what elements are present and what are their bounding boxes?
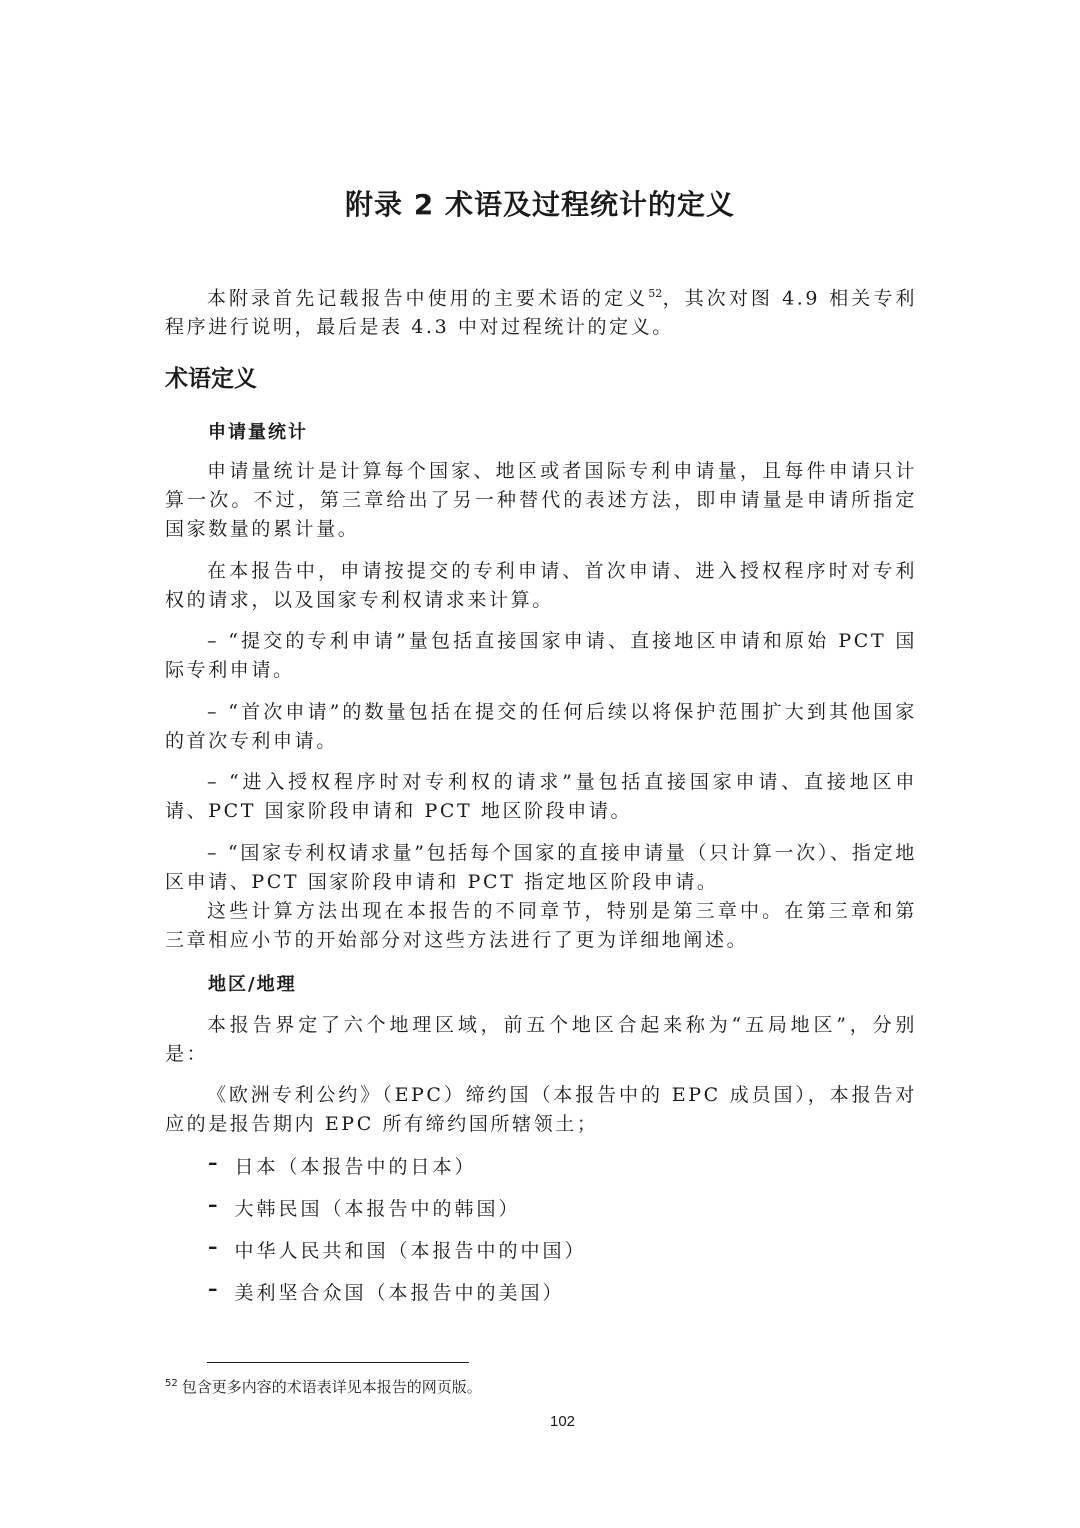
footnote: 52包含更多内容的术语表详见本报告的网页版。 [165, 1376, 482, 1397]
region-list-item-korea: – 大韩民国（本报告中的韩国） [208, 1194, 521, 1221]
region-list-item-usa: – 美利坚合众国（本报告中的美国） [208, 1278, 565, 1305]
region-list-text: 美利坚合众国（本报告中的美国） [235, 1278, 565, 1305]
subsection-heading-region: 地区/地理 [208, 970, 297, 996]
bullet-first-filings: – “首次申请”的数量包括在提交的任何后续以将保护范围扩大到其他国家的首次专利申… [165, 698, 917, 756]
bullet-filed-applications: – “提交的专利申请”量包括直接国家申请、直接地区申请和原始 PCT 国际专利申… [165, 627, 917, 685]
dash-marker: – [208, 1194, 221, 1221]
intro-paragraph: 本附录首先记载报告中使用的主要术语的定义52，其次对图 4.9 相关专利程序进行… [165, 279, 917, 342]
bullet-grant-procedure-requests: – “进入授权程序时对专利权的请求”量包括直接国家申请、直接地区申请、PCT 国… [165, 768, 917, 826]
dash-marker: – [208, 1278, 221, 1305]
region-list-text: 日本（本报告中的日本） [235, 1152, 477, 1179]
region-list-text: 大韩民国（本报告中的韩国） [235, 1194, 521, 1221]
footnote-number: 52 [165, 1378, 178, 1389]
application-stats-paragraph-2: 在本报告中，申请按提交的专利申请、首次申请、进入授权程序时对专利权的请求，以及国… [165, 557, 917, 615]
footnote-reference[interactable]: 52 [648, 287, 662, 300]
region-list-item-china: – 中华人民共和国（本报告中的中国） [208, 1236, 587, 1263]
document-page: 附录 2 术语及过程统计的定义 本附录首先记载报告中使用的主要术语的定义52，其… [0, 0, 1080, 1528]
section-heading-terms: 术语定义 [165, 360, 257, 393]
page-title: 附录 2 术语及过程统计的定义 [0, 183, 1080, 223]
subsection-heading-application-stats: 申请量统计 [208, 418, 308, 444]
region-paragraph-1: 本报告界定了六个地理区域，前五个地区合起来称为“五局地区”，分别是： [165, 1011, 917, 1069]
intro-text: 本附录首先记载报告中使用的主要术语的定义 [207, 287, 648, 309]
footnote-text: 包含更多内容的术语表详见本报告的网页版。 [182, 1378, 482, 1396]
application-stats-paragraph-1: 申请量统计是计算每个国家、地区或者国际专利申请量，且每件申请只计算一次。不过，第… [165, 457, 917, 544]
application-stats-paragraph-3: 这些计算方法出现在本报告的不同章节，特别是第三章中。在第三章和第三章相应小节的开… [165, 897, 917, 955]
region-list-text: 中华人民共和国（本报告中的中国） [235, 1236, 587, 1263]
bullet-national-requests: – “国家专利权请求量”包括每个国家的直接申请量（只计算一次）、指定地区申请、P… [165, 839, 917, 897]
region-paragraph-epc: 《欧洲专利公约》（EPC）缔约国（本报告中的 EPC 成员国），本报告对应的是报… [165, 1081, 917, 1139]
dash-marker: – [208, 1236, 221, 1263]
region-list-item-japan: – 日本（本报告中的日本） [208, 1152, 477, 1179]
dash-marker: – [208, 1152, 221, 1179]
footnote-divider [207, 1362, 469, 1363]
page-number: 102 [0, 1413, 1080, 1430]
